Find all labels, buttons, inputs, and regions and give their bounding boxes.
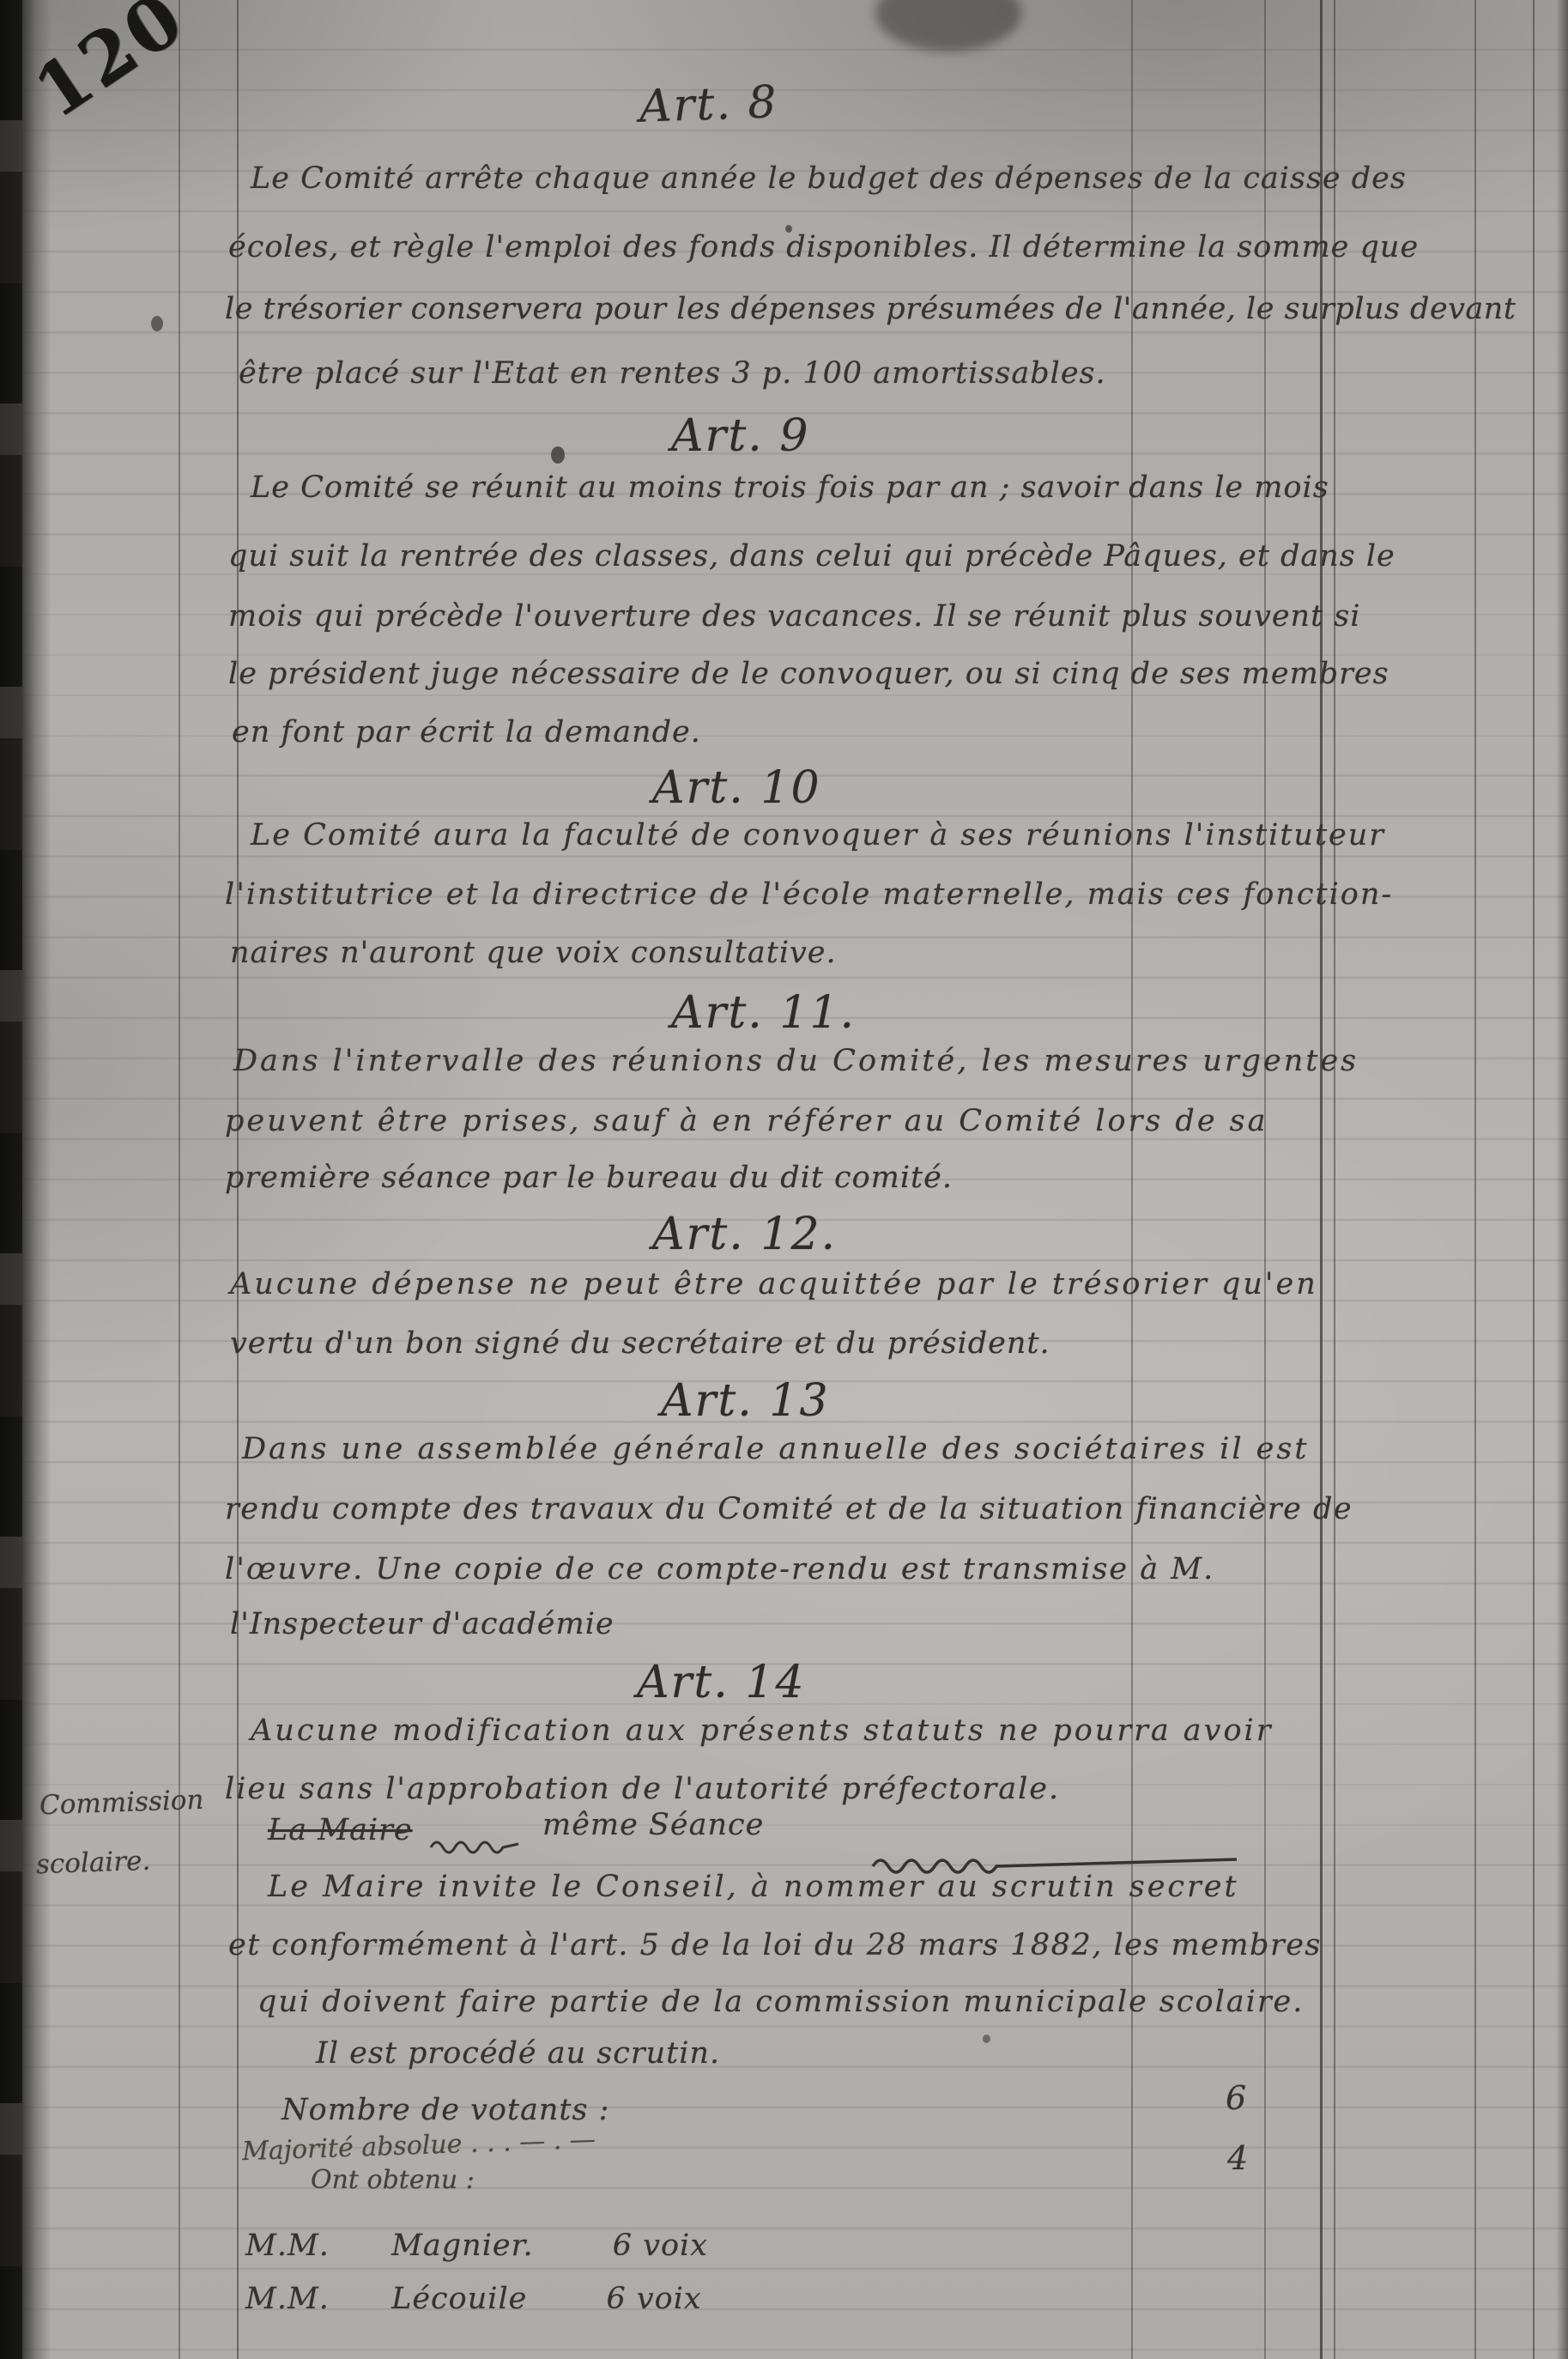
article-8-line: Le Comité arrête chaque année le budget … — [251, 161, 1407, 196]
paper-speck — [151, 316, 163, 331]
article-13-heading: Art. 13 — [661, 1375, 830, 1427]
article-9-line: qui suit la rentrée des classes, dans ce… — [228, 539, 1395, 573]
vote-result-row: M.M. Lécouile 6 voix — [245, 2282, 702, 2316]
article-14-line: Aucune modification aux présents statuts… — [251, 1713, 1273, 1748]
result-prefix: M.M. — [245, 2229, 330, 2263]
ruled-line-vertical — [179, 0, 180, 2359]
struck-word: La Maire — [268, 1813, 413, 1847]
article-9-line: mois qui précède l'ouverture des vacance… — [228, 599, 1360, 634]
manuscript-page: 120 Art. 8 Le Comité arrête chaque année… — [0, 0, 1568, 2359]
binding-page-edges — [0, 0, 22, 2359]
paper-speck — [551, 446, 565, 464]
result-prefix: M.M. — [245, 2282, 330, 2316]
margin-note-commission: Commission — [39, 1785, 204, 1822]
resolution-line: qui doivent faire partie de la commissio… — [257, 1985, 1304, 2019]
resolution-line: et conformément à l'art. 5 de la loi du … — [228, 1928, 1322, 1962]
article-14-line: lieu sans l'approbation de l'autorité pr… — [225, 1772, 1060, 1806]
ruled-line-vertical — [1474, 0, 1476, 2359]
scrutin-line: Il est procédé au scrutin. — [316, 2036, 720, 2071]
article-10-line: l'institutrice et la directrice de l'éco… — [225, 877, 1393, 912]
vote-result-row: M.M. Magnier. 6 voix — [245, 2229, 708, 2263]
article-14-heading: Art. 14 — [637, 1657, 806, 1708]
ruled-line-vertical — [1533, 0, 1535, 2359]
result-name: Magnier. — [391, 2229, 534, 2263]
article-8-line: écoles, et règle l'emploi des fonds disp… — [228, 230, 1419, 264]
result-name: Lécouile — [391, 2282, 527, 2316]
article-9-line: le président juge nécessaire de le convo… — [228, 657, 1389, 691]
article-13-line: l'œuvre. Une copie de ce compte-rendu es… — [225, 1552, 1214, 1586]
article-9-heading: Art. 9 — [671, 410, 809, 462]
article-11-line: première séance par le bureau du dit com… — [225, 1161, 953, 1195]
majorite-leader: . . . — . — — [469, 2125, 596, 2159]
article-8-heading: Art. 8 — [639, 76, 778, 133]
result-votes: 6 voix — [613, 2229, 708, 2263]
article-9-line: Le Comité se réunit au moins trois fois … — [251, 470, 1329, 505]
article-11-heading: Art. 11. — [671, 987, 856, 1039]
article-11-line: peuvent être prises, sauf à en référer a… — [225, 1104, 1268, 1138]
result-votes: 6 voix — [607, 2282, 702, 2316]
paper-speck — [983, 2035, 990, 2043]
article-12-line: Aucune dépense ne peut être acquittée pa… — [230, 1267, 1318, 1301]
article-13-line: l'Inspecteur d'académie — [230, 1607, 614, 1641]
article-10-line: Le Comité aura la faculté de convoquer à… — [251, 818, 1385, 852]
article-8-line: le trésorier conservera pour les dépense… — [225, 292, 1516, 326]
article-10-heading: Art. 10 — [652, 762, 821, 814]
majorite-value: 4 — [1227, 2139, 1248, 2177]
ruled-line-vertical — [1320, 0, 1323, 2359]
session-title: même Séance — [542, 1808, 764, 1842]
margin-note-scolaire: scolaire. — [35, 1846, 150, 1881]
votants-label: Nombre de votants : — [282, 2093, 609, 2127]
article-12-line: vertu d'un bon signé du secrétaire et du… — [230, 1326, 1050, 1361]
article-10-line: naires n'auront que voix consultative. — [230, 936, 837, 970]
article-11-line: Dans l'intervalle des réunions du Comité… — [233, 1044, 1359, 1078]
article-9-line: en font par écrit la demande. — [232, 715, 701, 749]
ruled-line-vertical — [1334, 0, 1335, 2359]
squiggle-flourish — [429, 1835, 524, 1854]
votants-value: 6 — [1226, 2079, 1246, 2117]
page-right-edge-shadow — [1556, 0, 1568, 2359]
resolution-line: Le Maire invite le Conseil, à nommer au … — [268, 1870, 1239, 1904]
article-13-line: rendu compte des travaux du Comité et de… — [225, 1492, 1353, 1526]
obtenu-label: Ont obtenu : — [311, 2165, 475, 2195]
article-8-line: être placé sur l'Etat en rentes 3 p. 100… — [239, 356, 1106, 391]
article-12-heading: Art. 12. — [652, 1209, 837, 1260]
article-13-line: Dans une assemblée générale annuelle des… — [242, 1432, 1309, 1466]
